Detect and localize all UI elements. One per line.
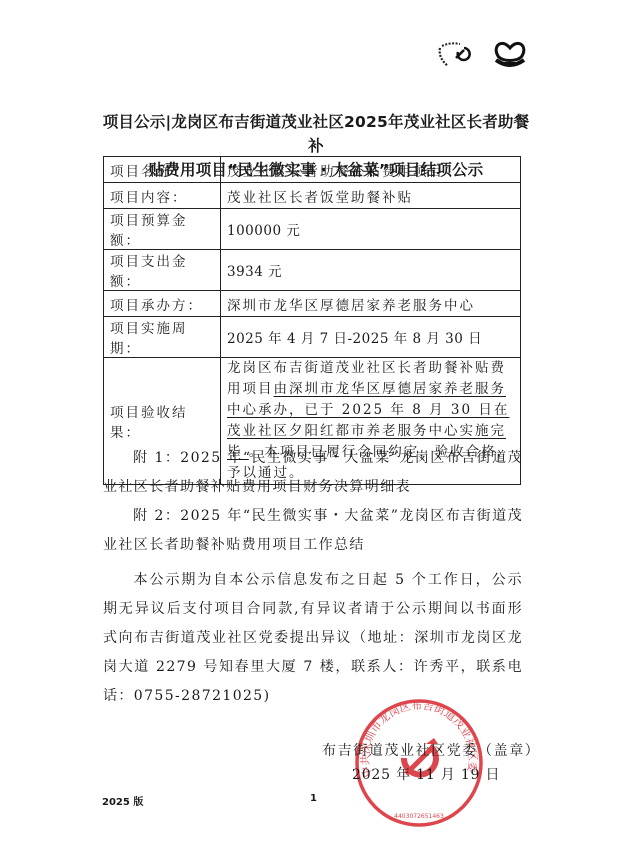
row-value: 深圳市龙华区厚德居家养老服务中心 (221, 291, 521, 317)
table-row: 项目实施周期： 2025 年 4 月 7 日-2025 年 8 月 30 日 (104, 317, 521, 358)
notice-paragraph: 本公示期为自本公示信息发布之日起 5 个工作日，公示期无异议后支付项目合同款,有… (103, 566, 523, 711)
attachment-2-text: 附 2：2025 年“民生微实事・大盆菜”龙岗区布吉街道茂业社区长者助餐补贴费用… (103, 508, 523, 553)
row-label: 项目名称： (104, 157, 221, 183)
party-emblem-logo-icon (434, 40, 474, 70)
row-label: 项目实施周期： (104, 317, 221, 358)
footer-version: 2025 版 (102, 793, 143, 808)
row-label: 项目承办方： (104, 291, 221, 317)
row-label: 项目预算金额： (104, 209, 221, 250)
table-row: 项目支出金额： 3934 元 (104, 250, 521, 291)
title-line-1: 项目公示|龙岗区布吉街道茂业社区2025年茂业社区长者助餐补 (96, 110, 536, 158)
signature-org: 布吉街道茂业社区党委（盖章） (322, 740, 540, 760)
table-row: 项目内容： 茂业社区长者饭堂助餐补贴 (104, 183, 521, 209)
attachment-1: 附 1：2025 年“民生微实事・大盆菜”龙岗区布吉街道茂业社区长者助餐补贴费用… (103, 444, 523, 502)
page-number: 1 (310, 793, 317, 804)
table-row: 项目预算金额： 100000 元 (104, 209, 521, 250)
table-row: 项目名称： 茂业社区长者助餐补贴费用项目 (104, 157, 521, 183)
attachment-1-text: 附 1：2025 年“民生微实事・大盆菜”龙岗区布吉街道茂业社区长者助餐补贴费用… (103, 450, 523, 495)
svg-text:4403072651463: 4403072651463 (394, 813, 444, 820)
row-value: 2025 年 4 月 7 日-2025 年 8 月 30 日 (221, 317, 521, 358)
official-seal-icon: 中共深圳市龙岗区布吉街道茂业社区委员会 4403072651463 (352, 696, 486, 830)
row-value: 茂业社区长者助餐补贴费用项目 (221, 157, 521, 183)
row-value: 3934 元 (221, 250, 521, 291)
row-value: 茂业社区长者饭堂助餐补贴 (221, 183, 521, 209)
row-label: 项目内容： (104, 183, 221, 209)
notice-text: 本公示期为自本公示信息发布之日起 5 个工作日，公示期无异议后支付项目合同款,有… (103, 572, 523, 704)
project-info-table: 项目名称： 茂业社区长者助餐补贴费用项目 项目内容： 茂业社区长者饭堂助餐补贴 … (103, 156, 521, 485)
header-logos (434, 40, 544, 70)
attachment-2: 附 2：2025 年“民生微实事・大盆菜”龙岗区布吉街道茂业社区长者助餐补贴费用… (103, 502, 523, 560)
signature-date: 2025 年 11 月 19 日 (352, 764, 500, 784)
elderly-care-logo-icon (492, 40, 528, 70)
row-value: 100000 元 (221, 209, 521, 250)
row-label: 项目支出金额： (104, 250, 221, 291)
table-row: 项目承办方： 深圳市龙华区厚德居家养老服务中心 (104, 291, 521, 317)
